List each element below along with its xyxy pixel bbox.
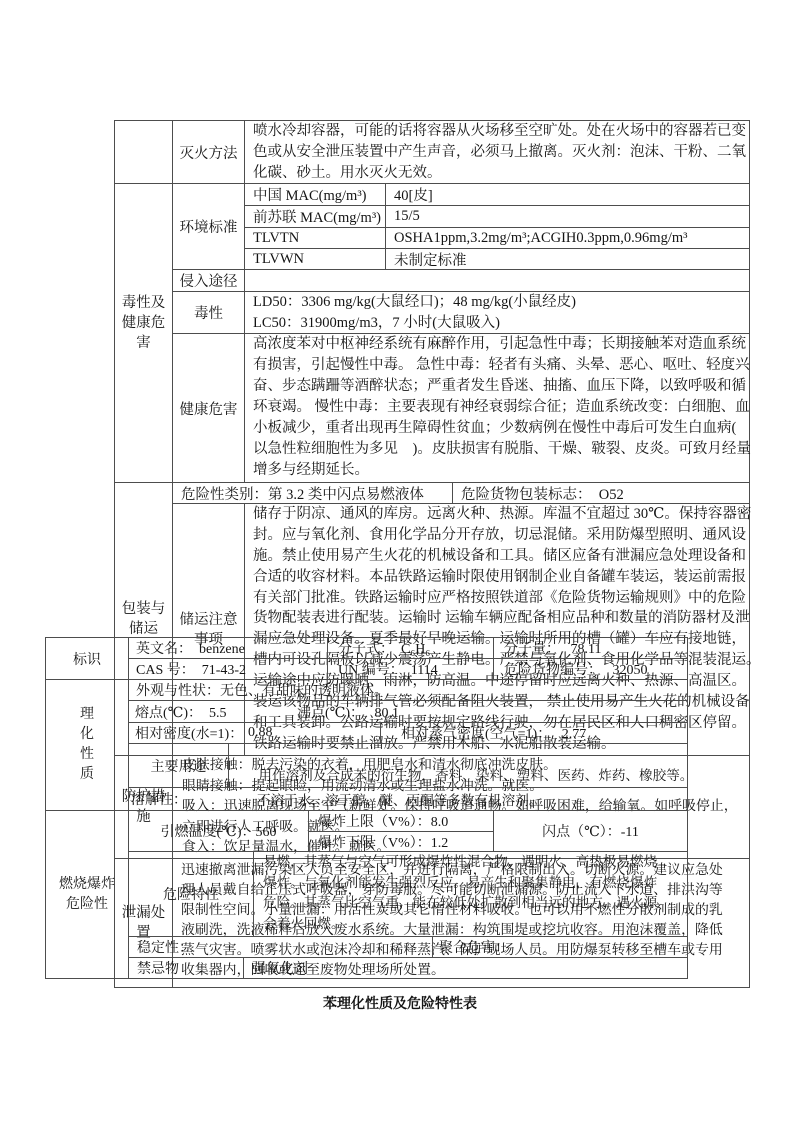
cas-number-text: CAS 号： 71-43-2 (136, 659, 246, 679)
stability-cell: 稳定性： (128, 936, 433, 958)
lower-limit-cell: 爆炸下限（V%）：1.2 (308, 831, 494, 852)
lower-limit-text: 爆炸下限（V%）：1.2 (318, 832, 448, 852)
english-name-cell: 英文名： benzene (128, 637, 328, 659)
text-line: 危险。其蒸气比空气重，能在较低处扩散到相当远的地方，遇火源 (263, 893, 687, 914)
formula-text: 分子式： C₆H₆ (338, 638, 430, 658)
vapor-density-cell: 相对蒸气密度(空气=1)： 2.77 (380, 722, 688, 744)
hazard-characteristics-content: 易燃，其蒸气与空气可形成爆炸性混合物，遇明火、高热极易燃烧爆炸。与氧化剂能发生强… (253, 851, 688, 937)
incompatibles-label-cell: 禁忌物 (128, 957, 244, 979)
text-line: 理 (80, 705, 94, 725)
combustion-explosion-category: 燃烧爆炸危险性 (45, 810, 129, 979)
formula-cell: 分子式： C₆H₆ (327, 637, 494, 659)
text-line: 易燃，其蒸气与空气可形成爆炸性混合物，遇明火、高热极易燃烧 (263, 852, 687, 873)
physical-chemical-category: 理化性质 (45, 679, 129, 811)
solubility-value: 不溶于水，溶于醇、醚、丙酮等多数有机溶剂。 (257, 788, 542, 810)
un-number-cell: UN 编号： 1114 (327, 658, 494, 680)
hazard-characteristics-label: 危险特性 (128, 851, 254, 937)
un-number-text: UN 编号： 1114 (338, 659, 438, 679)
text-line: 化 (80, 725, 94, 745)
text-line: 性 (80, 745, 94, 765)
incompatibles-value: 强氧化剂 (252, 958, 308, 978)
flash-point-cell: 闪点（℃）：-11 (493, 810, 688, 852)
text-line: 会着火回燃。 (263, 914, 687, 935)
polymerization-label: 聚合危害： (439, 937, 509, 957)
text-line: 危险性 (66, 895, 108, 915)
melting-point-text: 熔点(℃)： 5.5 (135, 701, 227, 722)
main-use-label: 主要用途 (128, 743, 229, 788)
text-line: 质 (80, 765, 94, 785)
hazard-characteristics-label-text: 危险特性 (163, 884, 219, 904)
appearance-text: 外观与性状：无色、有甜味的透明液体。 (136, 680, 388, 700)
relative-density-label: 相对密度(水=1)： (135, 723, 243, 743)
relative-density-value: 0.88 (248, 723, 273, 743)
solubility-label: 溶解性： (131, 788, 187, 810)
text-line: 爆炸。与氧化剂能发生强烈反应。易产生和聚集静电，有燃烧爆炸 (263, 873, 687, 894)
incompatibles-label: 禁忌物 (137, 958, 179, 978)
flash-point-text: 闪点（℃）：-11 (542, 821, 639, 841)
polymerization-cell: 聚合危害： (432, 936, 688, 958)
vapor-density-text: 相对蒸气密度(空气=1)： 2.77 (401, 723, 586, 743)
main-use-value-text: 用作溶剂及合成苯的衍生物，香料、染料、塑料、医药、炸药、橡胶等。 (258, 768, 693, 783)
main-use-label-text: 主要用途 (151, 756, 207, 776)
identification-category: 标识 (45, 637, 129, 680)
hazard-table-identification: 标识 英文名： benzene 分子式： C₆H₆ 分子量： 78.11 CAS… (0, 0, 800, 1132)
document-page: 灭火方法 喷水冷却容器，可能的话将容器从火场移至空旷处。处在火场中的容器若已变色… (0, 0, 800, 1132)
relative-density-cell: 相对密度(水=1)： 0.88 (128, 722, 381, 744)
ignition-temp-cell: 引燃温度(℃)：560 (128, 810, 309, 852)
cas-number-cell: CAS 号： 71-43-2 (128, 658, 328, 680)
text-line: 燃烧爆炸 (59, 875, 115, 895)
boiling-point-text: 沸点(℃)： 80.1 (297, 701, 399, 722)
english-name-text: 英文名： benzene (136, 638, 245, 658)
appearance-cell: 外观与性状：无色、有甜味的透明液体。 (128, 679, 688, 701)
stability-label: 稳定性： (137, 937, 193, 957)
molecular-weight-cell: 分子量： 78.11 (493, 637, 688, 659)
identification-label: 标识 (73, 649, 101, 669)
dangerous-goods-number-text: 危险货物编号： 32050 (504, 659, 648, 679)
ignition-temp-text: 引燃温度(℃)：560 (161, 821, 277, 841)
table-caption: 苯理化性质及危险特性表 (0, 993, 800, 1013)
dangerous-goods-number-cell: 危险货物编号： 32050 (493, 658, 688, 680)
main-use-value: 用作溶剂及合成苯的衍生物，香料、染料、塑料、医药、炸药、橡胶等。 (228, 743, 688, 788)
incompatibles-value-cell: 强氧化剂 (243, 957, 688, 979)
upper-limit-text: 爆炸上限（V%）：8.0 (318, 811, 448, 831)
melting-boiling-row: 熔点(℃)： 5.5 沸点(℃)： 80.1 (128, 700, 688, 723)
solubility-row: 溶解性： 不溶于水，溶于醇、醚、丙酮等多数有机溶剂。 (128, 787, 688, 811)
upper-limit-cell: 爆炸上限（V%）：8.0 (308, 810, 494, 832)
molecular-weight-text: 分子量： 78.11 (504, 638, 601, 658)
